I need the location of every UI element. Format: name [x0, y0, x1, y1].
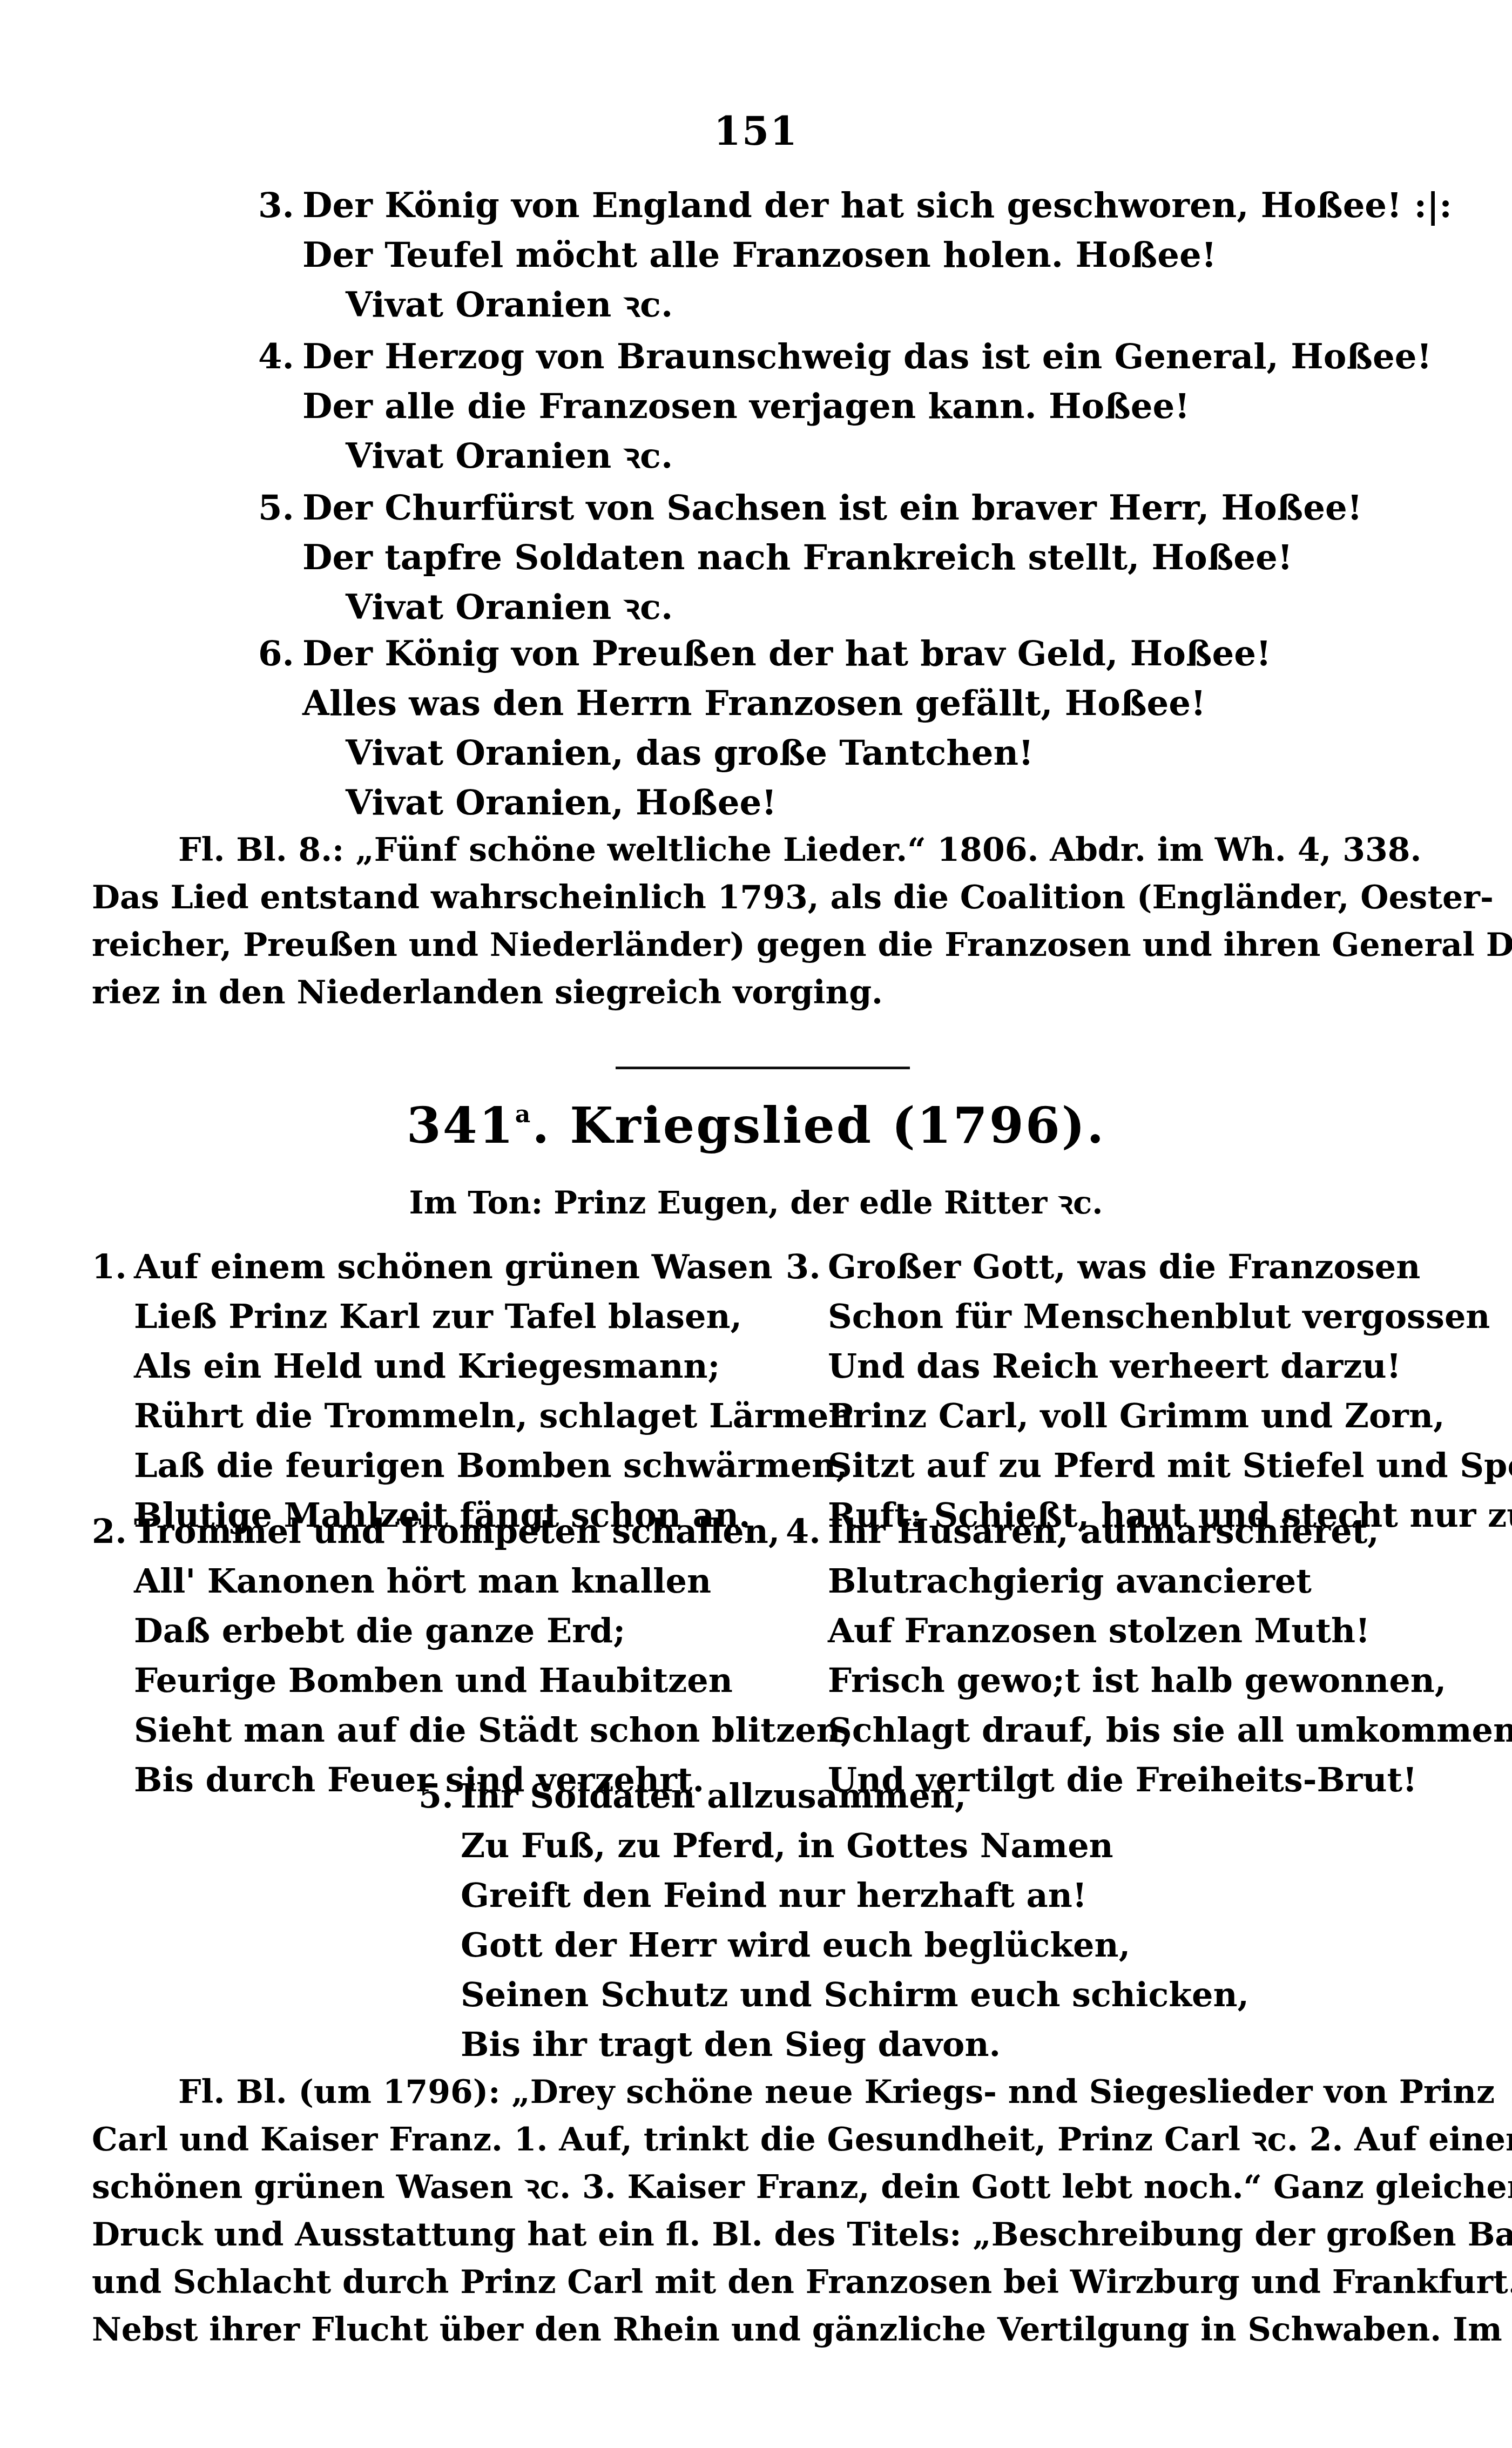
verse-line: Schon für Menschenblut vergossen — [786, 1292, 1512, 1341]
note-line: Carl und Kaiser Franz. 1. Auf, trinkt di… — [92, 2116, 1458, 2163]
refrain-line: Vivat Oranien ꝛc. — [258, 280, 1452, 330]
stanza-6: 6.Der König von Preußen der hat brav Gel… — [258, 629, 1271, 828]
verse-line: Ließ Prinz Karl zur Tafel blasen, — [92, 1292, 853, 1341]
stanza-line: 3.Der König von England der hat sich ges… — [258, 181, 1452, 231]
verse-number: 2. — [92, 1507, 134, 1556]
stanza-line: Alles was den Herrn Franzosen gefällt, H… — [258, 679, 1271, 729]
source-note-song: Fl. Bl. (um 1796): „Drey schöne neue Kri… — [92, 2068, 1458, 2353]
stanza-4: 4.Der Herzog von Braunschweig das ist ei… — [258, 332, 1432, 481]
stanza-line: 4.Der Herzog von Braunschweig das ist ei… — [258, 332, 1432, 382]
verse-line: All' Kanonen hört man knallen — [92, 1556, 852, 1606]
stanza-line: Der tapfre Soldaten nach Frankreich stel… — [258, 533, 1362, 583]
note-line: Das Lied entstand wahrscheinlich 1793, a… — [92, 874, 1458, 921]
verse-line: Zu Fuß, zu Pferd, in Gottes Namen — [418, 1821, 1249, 1871]
verse-1: 1.Auf einem schönen grünen Wasen Ließ Pr… — [92, 1242, 853, 1540]
verse-line: Schlagt drauf, bis sie all umkommen — [786, 1705, 1512, 1755]
verse-line: Laß die feurigen Bomben schwärmen, — [92, 1441, 853, 1491]
note-line: riez in den Niederlanden siegreich vorgi… — [92, 969, 1458, 1016]
note-line: reicher, Preußen und Niederländer) gegen… — [92, 921, 1458, 969]
stanza-number: 3. — [258, 181, 302, 231]
verse-5: 5.Ihr Soldaten allzusammen, Zu Fuß, zu P… — [418, 1771, 1249, 2069]
stanza-line: 6.Der König von Preußen der hat brav Gel… — [258, 629, 1271, 679]
verse-line: Prinz Carl, voll Grimm und Zorn, — [786, 1391, 1512, 1441]
stanza-5: 5.Der Churfürst von Sachsen ist ein brav… — [258, 483, 1362, 632]
page-number: 151 — [0, 108, 1512, 154]
stanza-number: 4. — [258, 332, 302, 382]
refrain-line: Vivat Oranien ꝛc. — [258, 583, 1362, 632]
note-line: Druck und Ausstattung hat ein fl. Bl. de… — [92, 2211, 1458, 2258]
refrain-line: Vivat Oranien, Hoßee! — [258, 778, 1271, 828]
verse-number: 3. — [786, 1242, 828, 1292]
verse-line: Als ein Held und Kriegesmann; — [92, 1341, 853, 1391]
verse-line: Gott der Herr wird euch beglücken, — [418, 1920, 1249, 1970]
refrain-line: Vivat Oranien, das große Tantchen! — [258, 729, 1271, 778]
verse-line: Und das Reich verheert darzu! — [786, 1341, 1512, 1391]
verse-line: 5.Ihr Soldaten allzusammen, — [418, 1771, 1249, 1821]
song-title: 341a. Kriegslied (1796). — [0, 1096, 1512, 1155]
stanza-line: Der Teufel möcht alle Franzosen holen. H… — [258, 231, 1452, 280]
note-line: Fl. Bl. (um 1796): „Drey schöne neue Kri… — [92, 2068, 1458, 2116]
verse-line: Auf Franzosen stolzen Muth! — [786, 1606, 1512, 1656]
verse-number: 5. — [418, 1771, 461, 1821]
verse-line: Rührt die Trommeln, schlaget Lärmen — [92, 1391, 853, 1441]
verse-line: Bis ihr tragt den Sieg davon. — [418, 2020, 1249, 2069]
verse-line: 3.Großer Gott, was die Franzosen — [786, 1242, 1512, 1292]
verse-number: 1. — [92, 1242, 134, 1292]
verse-line: Greift den Feind nur herzhaft an! — [418, 1871, 1249, 1920]
verse-line: 2.Trommel und Trompeten schallen, — [92, 1507, 852, 1556]
stanza-line: 5.Der Churfürst von Sachsen ist ein brav… — [258, 483, 1362, 533]
tune-line: Im Ton: Prinz Eugen, der edle Ritter ꝛc. — [0, 1180, 1512, 1223]
verse-number: 4. — [786, 1507, 828, 1556]
stanza-3: 3.Der König von England der hat sich ges… — [258, 181, 1452, 330]
verse-line: Seinen Schutz und Schirm euch schicken, — [418, 1970, 1249, 2020]
section-divider — [616, 1067, 910, 1069]
stanza-line: Der alle die Franzosen verjagen kann. Ho… — [258, 382, 1432, 431]
song-title-text: . Kriegslied (1796). — [532, 1096, 1105, 1155]
source-note-previous: Fl. Bl. 8.: „Fünf schöne weltliche Liede… — [178, 826, 1458, 1016]
verse-line: Sitzt auf zu Pferd mit Stiefel und Sporn — [786, 1441, 1512, 1491]
verse-line: Daß erbebt die ganze Erd; — [92, 1606, 852, 1656]
note-line: und Schlacht durch Prinz Carl mit den Fr… — [92, 2258, 1458, 2306]
verse-line: Feurige Bomben und Haubitzen — [92, 1656, 852, 1705]
song-number: 341 — [407, 1096, 515, 1155]
verse-4: 4.Ihr Husaren, aufmarschieret, Blutrachg… — [786, 1507, 1512, 1805]
verse-line: Frisch gewo;t ist halb gewonnen, — [786, 1656, 1512, 1705]
verse-line: 4.Ihr Husaren, aufmarschieret, — [786, 1507, 1512, 1556]
refrain-line: Vivat Oranien ꝛc. — [258, 431, 1432, 481]
stanza-number: 6. — [258, 629, 302, 679]
note-line: schönen grünen Wasen ꝛc. 3. Kaiser Franz… — [92, 2163, 1458, 2211]
verse-line: 1.Auf einem schönen grünen Wasen — [92, 1242, 853, 1292]
verse-line: Sieht man auf die Städt schon blitzen, — [92, 1705, 852, 1755]
stanza-number: 5. — [258, 483, 302, 533]
song-number-suffix: a — [515, 1101, 532, 1128]
note-line: Fl. Bl. 8.: „Fünf schöne weltliche Liede… — [178, 826, 1458, 874]
note-line: Nebst ihrer Flucht über den Rhein und gä… — [92, 2306, 1458, 2353]
verse-line: Blutrachgierig avancieret — [786, 1556, 1512, 1606]
verse-3: 3.Großer Gott, was die Franzosen Schon f… — [786, 1242, 1512, 1540]
verse-2: 2.Trommel und Trompeten schallen, All' K… — [92, 1507, 852, 1805]
